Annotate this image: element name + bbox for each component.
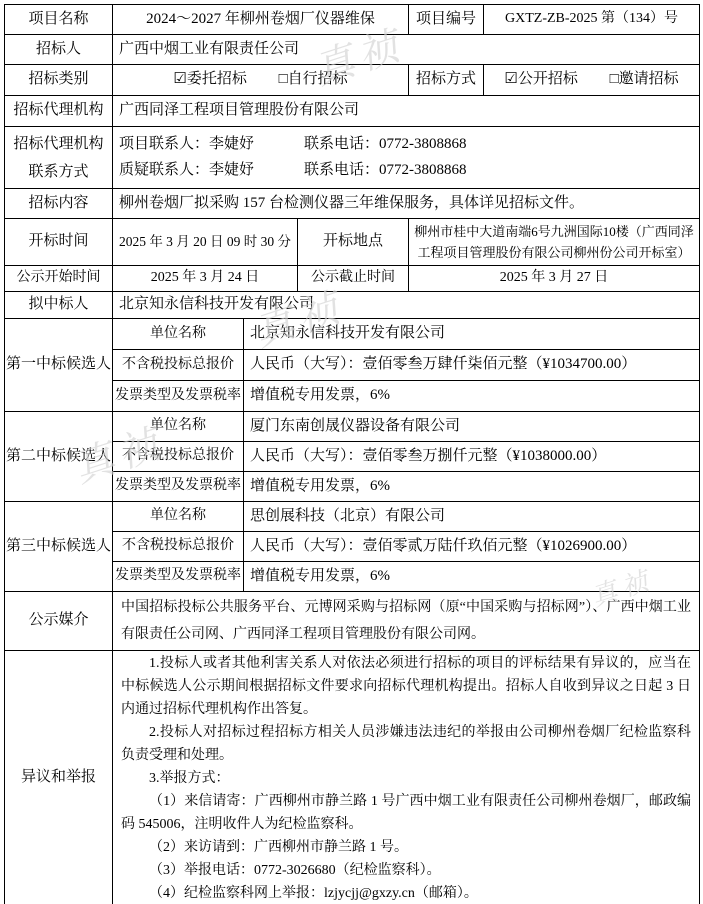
- candidate-3-price-label: 不含税投标总报价: [113, 532, 244, 562]
- row-agency-contact: 招标代理机构 联系方式 项目联系人：李婕妤 联系电话：0772-3808868 …: [5, 127, 700, 189]
- candidate-2-price: 人民币（大写）：壹佰零叁万捌仟元整（¥1038000.00）: [244, 442, 700, 472]
- publicity-media-value: 中国招标投标公共服务平台、元博网采购与招标网（原“中国采购与招标网”）、广西中烟…: [113, 592, 700, 651]
- bid-content-label: 招标内容: [5, 189, 113, 219]
- row-publicity-dates: 公示开始时间 2025 年 3 月 24 日 公示截止时间 2025 年 3 月…: [5, 266, 700, 292]
- candidate-3-name-label: 单位名称: [113, 502, 244, 532]
- candidate-1-invoice: 增值税专用发票，6%: [244, 381, 700, 412]
- publicity-start-value: 2025 年 3 月 24 日: [113, 266, 298, 292]
- publicity-end-value: 2025 年 3 月 27 日: [409, 266, 700, 292]
- objection-paragraph: （3）举报电话：0772-3026680（纪检监察科）。: [113, 859, 699, 882]
- row-agency: 招标代理机构 广西同泽工程项目管理股份有限公司: [5, 96, 700, 127]
- row-bid-content: 招标内容 柳州卷烟厂拟采购 157 台检测仪器三年维保服务，具体详见招标文件。: [5, 189, 700, 219]
- project-contact-phone: 联系电话：0772-3808868: [304, 134, 467, 156]
- bid-content-value: 柳州卷烟厂拟采购 157 台检测仪器三年维保服务，具体详见招标文件。: [113, 189, 700, 219]
- bid-method-label: 招标方式: [409, 65, 484, 96]
- objection-paragraph: 2.投标人对招标过程招标方相关人员涉嫌违法违纪的举报由公司柳州卷烟厂纪检监察科负…: [113, 721, 699, 767]
- publicity-media-label: 公示媒介: [5, 592, 113, 651]
- publicity-end-label: 公示截止时间: [298, 266, 409, 292]
- candidate-1-price-label: 不含税投标总报价: [113, 350, 244, 381]
- row-project-name: 项目名称 2024～2027 年柳州卷烟厂仪器维保 项目编号 GXTZ-ZB-2…: [5, 5, 700, 35]
- objection-paragraph: 3.举报方式：: [113, 767, 699, 790]
- agency-contact-label-line2: 联系方式: [5, 158, 112, 186]
- candidate-2-invoice-label: 发票类型及发票税率: [113, 472, 244, 502]
- row-objection: 异议和举报 1.投标人或者其他利害关系人对依法必须进行招标的项目的评标结果有异议…: [5, 651, 700, 904]
- candidate-1-label: 第一中标候选人: [5, 319, 113, 412]
- open-place-value: 柳州市桂中大道南端6号九洲国际10楼（广西同泽工程项目管理股份有限公司柳州份公司…: [409, 219, 700, 266]
- candidate-2-price-label: 不含税投标总报价: [113, 442, 244, 472]
- agency-value: 广西同泽工程项目管理股份有限公司: [113, 96, 700, 127]
- agency-contact-label: 招标代理机构 联系方式: [5, 127, 113, 189]
- bid-method-options: ☑公开招标 □邀请招标: [484, 65, 700, 96]
- candidate-3-invoice: 增值税专用发票，6%: [244, 562, 700, 592]
- row-publicity-media: 公示媒介 中国招标投标公共服务平台、元博网采购与招标网（原“中国采购与招标网”）…: [5, 592, 700, 651]
- candidate-2-invoice: 增值税专用发票，6%: [244, 472, 700, 502]
- agency-label: 招标代理机构: [5, 96, 113, 127]
- objection-paragraph: （4）纪检监察科网上举报：lzjycjj@gxzy.cn（邮箱）。: [113, 882, 699, 904]
- candidate-3-name: 思创展科技（北京）有限公司: [244, 502, 700, 532]
- open-time-label: 开标时间: [5, 219, 113, 266]
- invited-bidding-checkbox-unchecked: □邀请招标: [610, 71, 679, 87]
- project-name-label: 项目名称: [5, 5, 113, 35]
- objection-text: 1.投标人或者其他利害关系人对依法必须进行招标的项目的评标结果有异议的，应当在中…: [113, 651, 700, 904]
- bid-category-label: 招标类别: [5, 65, 113, 96]
- project-name-value: 2024～2027 年柳州卷烟厂仪器维保: [113, 5, 409, 35]
- row-proposed-winner: 拟中标人 北京知永信科技开发有限公司: [5, 292, 700, 319]
- row-open-time: 开标时间 2025 年 3 月 20 日 09 时 30 分 开标地点 柳州市桂…: [5, 219, 700, 266]
- bid-category-options: ☑委托招标 □自行招标: [113, 65, 409, 96]
- candidate-2-label: 第二中标候选人: [5, 412, 113, 502]
- agency-contact-label-line1: 招标代理机构: [5, 130, 112, 158]
- candidate-1-invoice-label: 发票类型及发票税率: [113, 381, 244, 412]
- candidate-2-row-name: 第二中标候选人 单位名称 厦门东南创晟仪器设备有限公司: [5, 412, 700, 442]
- delegated-bidding-checkbox-checked: ☑委托招标: [173, 71, 246, 87]
- candidate-2-name: 厦门东南创晟仪器设备有限公司: [244, 412, 700, 442]
- project-contact-line: 项目联系人：李婕妤 联系电话：0772-3808868: [113, 132, 699, 158]
- self-bidding-checkbox-unchecked: □自行招标: [279, 71, 348, 87]
- candidate-1-name-label: 单位名称: [113, 319, 244, 350]
- bid-info-table: 项目名称 2024～2027 年柳州卷烟厂仪器维保 项目编号 GXTZ-ZB-2…: [4, 4, 700, 904]
- proposed-winner-label: 拟中标人: [5, 292, 113, 319]
- open-time-value: 2025 年 3 月 20 日 09 时 30 分: [113, 219, 298, 266]
- query-contact-line: 质疑联系人：李婕妤 联系电话：0772-3808868: [113, 158, 699, 184]
- tenderer-value: 广西中烟工业有限责任公司: [113, 35, 700, 65]
- candidate-3-row-name: 第三中标候选人 单位名称 思创展科技（北京）有限公司: [5, 502, 700, 532]
- project-no-label: 项目编号: [409, 5, 484, 35]
- publicity-start-label: 公示开始时间: [5, 266, 113, 292]
- bid-publicity-document: 真祯 真祯 真祯 真祯 项目名称 2024～2027 年柳州卷烟厂仪器维保 项目…: [0, 0, 703, 904]
- candidate-3-invoice-label: 发票类型及发票税率: [113, 562, 244, 592]
- open-bidding-checkbox-checked: ☑公开招标: [504, 71, 577, 87]
- objection-paragraph: （1）来信请寄：广西柳州市静兰路 1 号广西中烟工业有限责任公司柳州卷烟厂，邮政…: [113, 790, 699, 836]
- tenderer-label: 招标人: [5, 35, 113, 65]
- objection-paragraph: 1.投标人或者其他利害关系人对依法必须进行招标的项目的评标结果有异议的，应当在中…: [113, 652, 699, 721]
- objection-paragraph: （2）来访请到：广西柳州市静兰路 1 号。: [113, 836, 699, 859]
- open-place-label: 开标地点: [298, 219, 409, 266]
- candidate-3-label: 第三中标候选人: [5, 502, 113, 592]
- objection-label: 异议和举报: [5, 651, 113, 904]
- candidate-1-row-name: 第一中标候选人 单位名称 北京知永信科技开发有限公司: [5, 319, 700, 350]
- candidate-2-name-label: 单位名称: [113, 412, 244, 442]
- candidate-1-name: 北京知永信科技开发有限公司: [244, 319, 700, 350]
- project-no-value: GXTZ-ZB-2025 第（134）号: [484, 5, 700, 35]
- row-tenderer: 招标人 广西中烟工业有限责任公司: [5, 35, 700, 65]
- row-bid-category: 招标类别 ☑委托招标 □自行招标 招标方式 ☑公开招标 □邀请招标: [5, 65, 700, 96]
- proposed-winner-value: 北京知永信科技开发有限公司: [113, 292, 700, 319]
- candidate-1-price: 人民币（大写）：壹佰零叁万肆仟柒佰元整（¥1034700.00）: [244, 350, 700, 381]
- query-contact-person: 质疑联系人：李婕妤: [119, 160, 304, 182]
- query-contact-phone: 联系电话：0772-3808868: [304, 160, 467, 182]
- candidate-3-price: 人民币（大写）：壹佰零贰万陆仟玖佰元整（¥1026900.00）: [244, 532, 700, 562]
- project-contact-person: 项目联系人：李婕妤: [119, 134, 304, 156]
- agency-contact-value: 项目联系人：李婕妤 联系电话：0772-3808868 质疑联系人：李婕妤 联系…: [113, 127, 700, 189]
